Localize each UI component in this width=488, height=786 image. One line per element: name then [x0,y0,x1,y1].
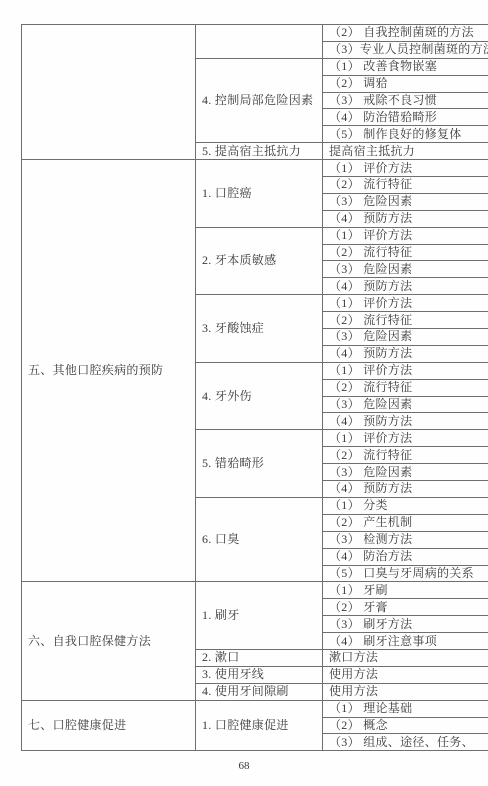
item-cell: 3. 牙酸蚀症 [196,295,323,363]
subitem-cell: （1） 改善食物嵌塞 [323,58,488,75]
subitem-cell: （3） 危险因素 [323,261,488,278]
subitem-cell: （4） 刷牙注意事项 [323,633,488,650]
subitem-cell: （1） 评价方法 [323,362,488,379]
subitem-cell: （5） 制作良好的修复体 [323,126,488,143]
subitem-cell: （4） 预防方法 [323,481,488,498]
subitem-cell: （4） 预防方法 [323,278,488,295]
subitem-cell: （3） 组成、途径、任务、 [323,734,488,751]
subitem-cell: 使用方法 [323,666,488,683]
subitem-cell: （4） 预防方法 [323,345,488,362]
subitem-cell: （3） 危险因素 [323,329,488,346]
subitem-cell: （1） 理论基础 [323,700,488,717]
item-cell [196,25,323,59]
item-cell: 4. 使用牙间隙刷 [196,683,323,700]
item-cell: 6. 口臭 [196,497,323,581]
section-cell [22,25,196,160]
subitem-cell: （2） 流行特征 [323,379,488,396]
syllabus-table: （2） 自我控制菌斑的方法（3）专业人员控制菌斑的方法4. 控制局部危险因素（1… [21,24,488,751]
subitem-cell: （4） 防治方法 [323,548,488,565]
subitem-cell: （5） 口臭与牙周病的关系 [323,565,488,582]
subitem-cell: 使用方法 [323,683,488,700]
subitem-cell: （2） 流行特征 [323,447,488,464]
subitem-cell: （2） 流行特征 [323,244,488,261]
subitem-cell: （3） 戒除不良习惯 [323,92,488,109]
item-cell: 4. 控制局部危险因素 [196,58,323,142]
item-cell: 3. 使用牙线 [196,666,323,683]
table-row: （2） 自我控制菌斑的方法 [22,25,488,42]
subitem-cell: （3） 危险因素 [323,193,488,210]
item-cell: 1. 刷牙 [196,582,323,650]
subitem-cell: （1） 分类 [323,497,488,514]
subitem-cell: （1） 评价方法 [323,160,488,177]
item-cell: 1. 口腔癌 [196,160,323,228]
page-number: 68 [0,760,488,772]
section-cell: 五、其他口腔疾病的预防 [22,160,196,582]
subitem-cell: （2） 自我控制菌斑的方法 [323,25,488,42]
table-row: 五、其他口腔疾病的预防1. 口腔癌（1） 评价方法 [22,160,488,177]
subitem-cell: 提高宿主抵抗力 [323,143,488,160]
subitem-cell: （2） 调𬌗 [323,75,488,92]
section-cell: 六、自我口腔保健方法 [22,582,196,700]
item-cell: 2. 牙本质敏感 [196,227,323,295]
subitem-cell: （1） 牙刷 [323,582,488,599]
subitem-cell: （4） 预防方法 [323,413,488,430]
subitem-cell: （2） 流行特征 [323,312,488,329]
document-page: （2） 自我控制菌斑的方法（3）专业人员控制菌斑的方法4. 控制局部危险因素（1… [0,0,488,786]
subitem-cell: （1） 评价方法 [323,227,488,244]
subitem-cell: （2） 牙膏 [323,599,488,616]
subitem-cell: （3）专业人员控制菌斑的方法 [323,41,488,58]
table-row: 七、口腔健康促进1. 口腔健康促进（1） 理论基础 [22,700,488,717]
subitem-cell: （4） 预防方法 [323,210,488,227]
table-row: 六、自我口腔保健方法1. 刷牙（1） 牙刷 [22,582,488,599]
subitem-cell: （3） 刷牙方法 [323,616,488,633]
subitem-cell: （2） 流行特征 [323,177,488,194]
subitem-cell: （4） 防治错𬌗畸形 [323,109,488,126]
subitem-cell: 漱口方法 [323,649,488,666]
subitem-cell: （3） 检测方法 [323,531,488,548]
item-cell: 4. 牙外伤 [196,362,323,430]
section-cell: 七、口腔健康促进 [22,700,196,751]
subitem-cell: （1） 评价方法 [323,295,488,312]
subitem-cell: （3） 危险因素 [323,464,488,481]
subitem-cell: （2） 概念 [323,717,488,734]
item-cell: 2. 漱口 [196,649,323,666]
item-cell: 1. 口腔健康促进 [196,700,323,751]
subitem-cell: （1） 评价方法 [323,430,488,447]
subitem-cell: （2） 产生机制 [323,514,488,531]
syllabus-table-body: （2） 自我控制菌斑的方法（3）专业人员控制菌斑的方法4. 控制局部危险因素（1… [22,25,488,751]
item-cell: 5. 错𬌗畸形 [196,430,323,498]
item-cell: 5. 提高宿主抵抗力 [196,143,323,160]
subitem-cell: （3） 危险因素 [323,396,488,413]
